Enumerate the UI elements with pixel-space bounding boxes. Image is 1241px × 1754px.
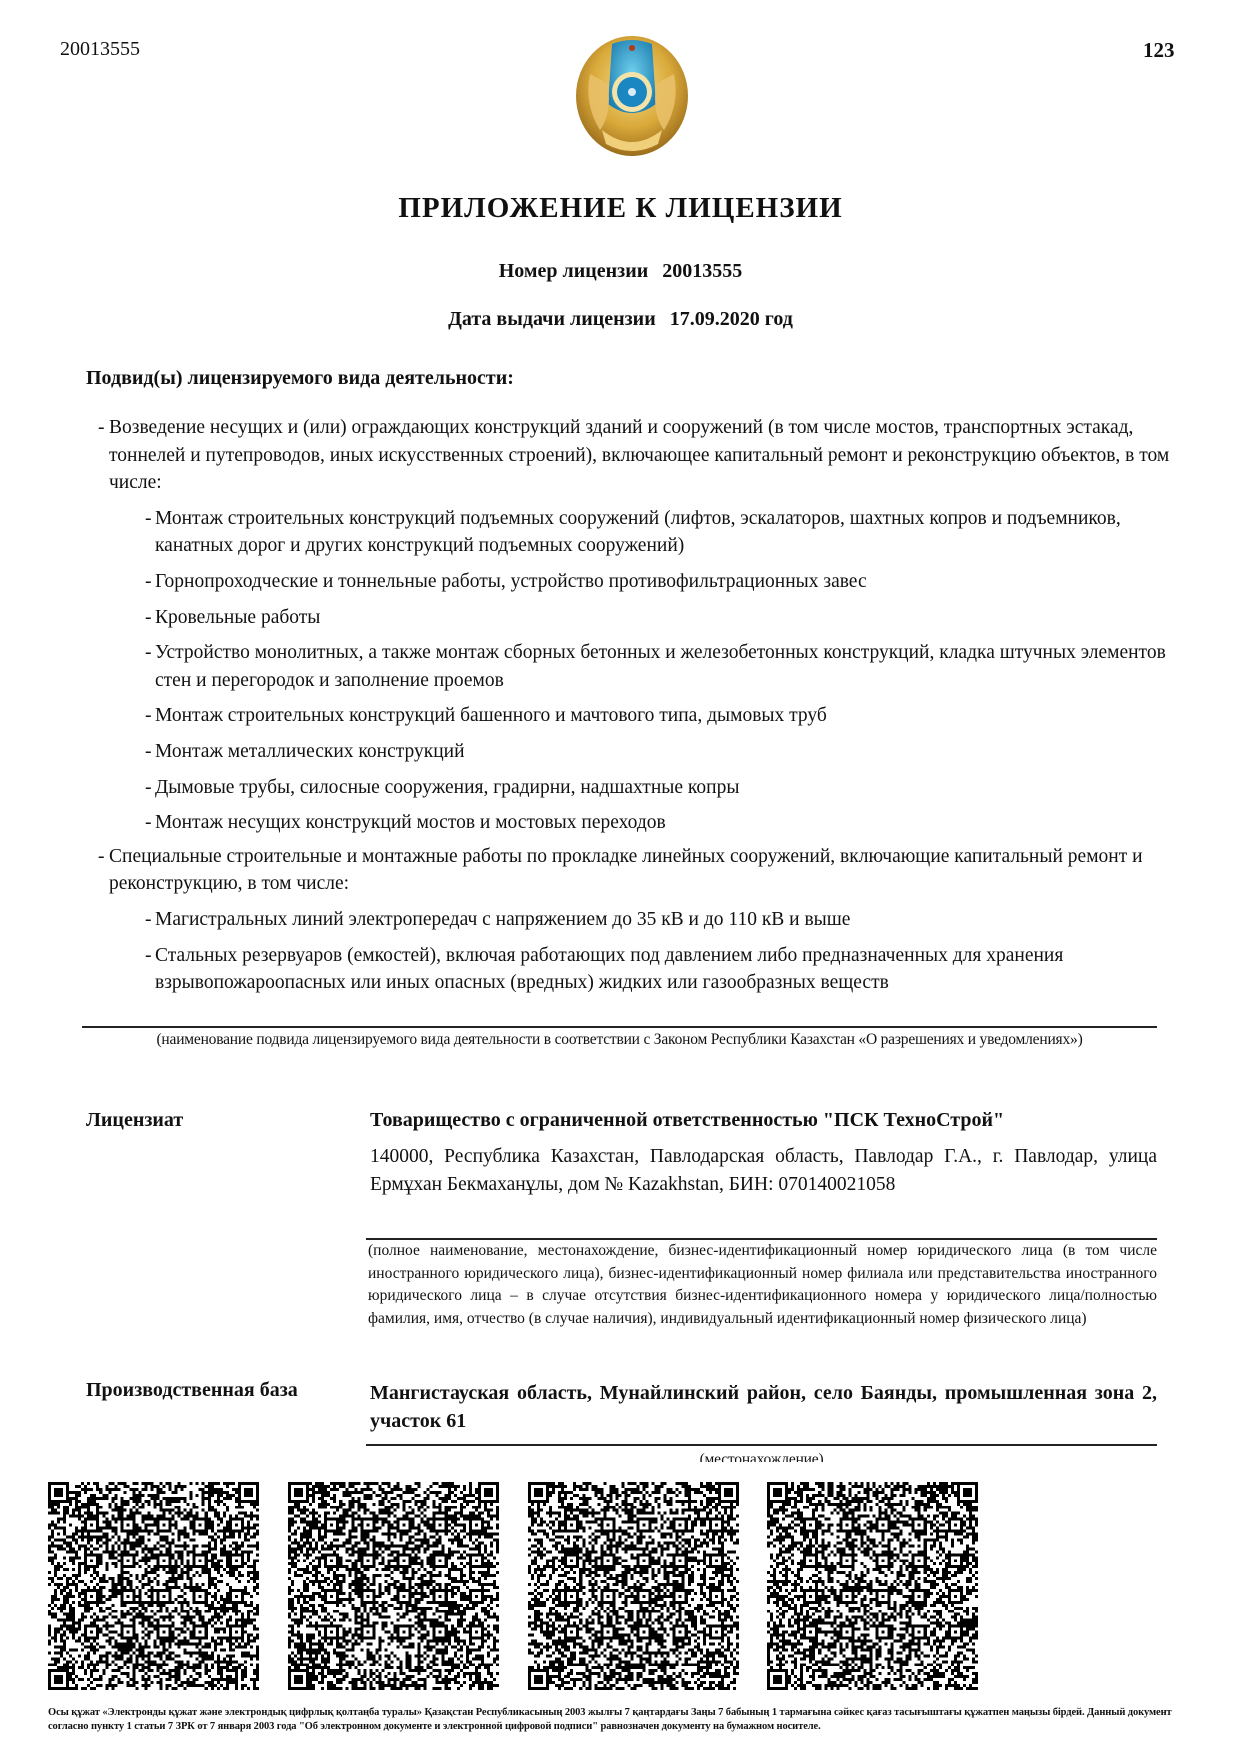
license-date-value: 17.09.2020 год bbox=[670, 308, 793, 330]
qr-code-1 bbox=[48, 1482, 259, 1690]
license-date-row: Дата выдачи лицензии17.09.2020 год bbox=[0, 308, 1241, 331]
activities-heading: Подвид(ы) лицензируемого вида деятельнос… bbox=[86, 367, 514, 390]
license-number-label: Номер лицензии bbox=[499, 260, 649, 282]
activity-text: Горнопроходческие и тоннельные работы, у… bbox=[155, 571, 867, 592]
activity-text: Монтаж строительных конструкций башенног… bbox=[155, 705, 827, 726]
production-base-divider bbox=[366, 1444, 1157, 1446]
license-number-value: 20013555 bbox=[662, 260, 742, 282]
activity-item: -Горнопроходческие и тоннельные работы, … bbox=[145, 568, 1173, 596]
activity-item: -Монтаж строительных конструкций подъемн… bbox=[145, 505, 1173, 560]
bullet-dash: - bbox=[145, 774, 152, 802]
production-base-label: Производственная база bbox=[86, 1379, 298, 1402]
activity-text: Монтаж строительных конструкций подъемны… bbox=[155, 508, 1121, 557]
activity-item: -Дымовые трубы, силосные сооружения, гра… bbox=[145, 774, 1173, 802]
activity-item: -Магистральных линий электропередач с на… bbox=[145, 906, 1173, 934]
activity-item: -Возведение несущих и (или) ограждающих … bbox=[98, 414, 1173, 497]
bullet-dash: - bbox=[145, 505, 152, 533]
state-emblem-icon bbox=[572, 34, 692, 160]
production-base-value: Мангистауская область, Мунайлинский райо… bbox=[370, 1379, 1157, 1435]
activity-text: Устройство монолитных, а также монтаж сб… bbox=[155, 642, 1166, 691]
bullet-dash: - bbox=[98, 843, 105, 871]
bullet-dash: - bbox=[145, 702, 152, 730]
activity-text: Кровельные работы bbox=[155, 607, 320, 628]
qr-code-2 bbox=[288, 1482, 499, 1690]
production-base-caption: (местонахождение) bbox=[366, 1448, 1157, 1462]
activity-item: -Специальные строительные и монтажные ра… bbox=[98, 843, 1173, 898]
bullet-dash: - bbox=[145, 906, 152, 934]
bullet-dash: - bbox=[145, 809, 152, 837]
document-title: ПРИЛОЖЕНИЕ К ЛИЦЕНЗИИ bbox=[0, 192, 1241, 225]
activity-text: Стальных резервуаров (емкостей), включая… bbox=[155, 945, 1063, 994]
bullet-dash: - bbox=[145, 604, 152, 632]
activity-item: -Устройство монолитных, а также монтаж с… bbox=[145, 639, 1173, 694]
activity-item: -Монтаж металлических конструкций bbox=[145, 738, 1173, 766]
bullet-dash: - bbox=[145, 942, 152, 970]
activity-item: -Стальных резервуаров (емкостей), включа… bbox=[145, 942, 1173, 997]
activity-item: -Кровельные работы bbox=[145, 604, 1173, 632]
licensee-name: Товарищество с ограниченной ответственно… bbox=[370, 1109, 1160, 1132]
license-date-label: Дата выдачи лицензии bbox=[448, 308, 656, 330]
bullet-dash: - bbox=[145, 639, 152, 667]
activity-text: Монтаж металлических конструкций bbox=[155, 741, 465, 762]
activity-item: -Монтаж несущих конструкций мостов и мос… bbox=[145, 809, 1173, 837]
qr-code-4 bbox=[767, 1482, 978, 1690]
activity-text: Магистральных линий электропередач с нап… bbox=[155, 909, 850, 930]
activities-list: -Возведение несущих и (или) ограждающих … bbox=[98, 414, 1173, 997]
license-number-header: 20013555 bbox=[60, 38, 140, 61]
activities-caption: (наименование подвида лицензируемого вид… bbox=[82, 1028, 1157, 1051]
activity-text: Специальные строительные и монтажные раб… bbox=[109, 846, 1143, 895]
page-number: 123 bbox=[1143, 38, 1175, 63]
activity-item: -Монтаж строительных конструкций башенно… bbox=[145, 702, 1173, 730]
bullet-dash: - bbox=[98, 414, 105, 442]
qr-code-3 bbox=[528, 1482, 739, 1690]
licensee-caption: (полное наименование, местонахождение, б… bbox=[368, 1240, 1157, 1330]
activity-text: Дымовые трубы, силосные сооружения, град… bbox=[155, 777, 739, 798]
legal-footer: Осы құжат «Электронды құжат және электро… bbox=[48, 1706, 1208, 1734]
bullet-dash: - bbox=[145, 568, 152, 596]
licensee-address: 140000, Республика Казахстан, Павлодарск… bbox=[370, 1143, 1157, 1198]
activity-text: Возведение несущих и (или) ограждающих к… bbox=[109, 417, 1169, 493]
footer-kz: Осы құжат «Электронды құжат және электро… bbox=[48, 1707, 1085, 1718]
licensee-label: Лицензиат bbox=[86, 1109, 183, 1132]
bullet-dash: - bbox=[145, 738, 152, 766]
activity-text: Монтаж несущих конструкций мостов и мост… bbox=[155, 812, 666, 833]
license-number-row: Номер лицензии20013555 bbox=[0, 260, 1241, 283]
